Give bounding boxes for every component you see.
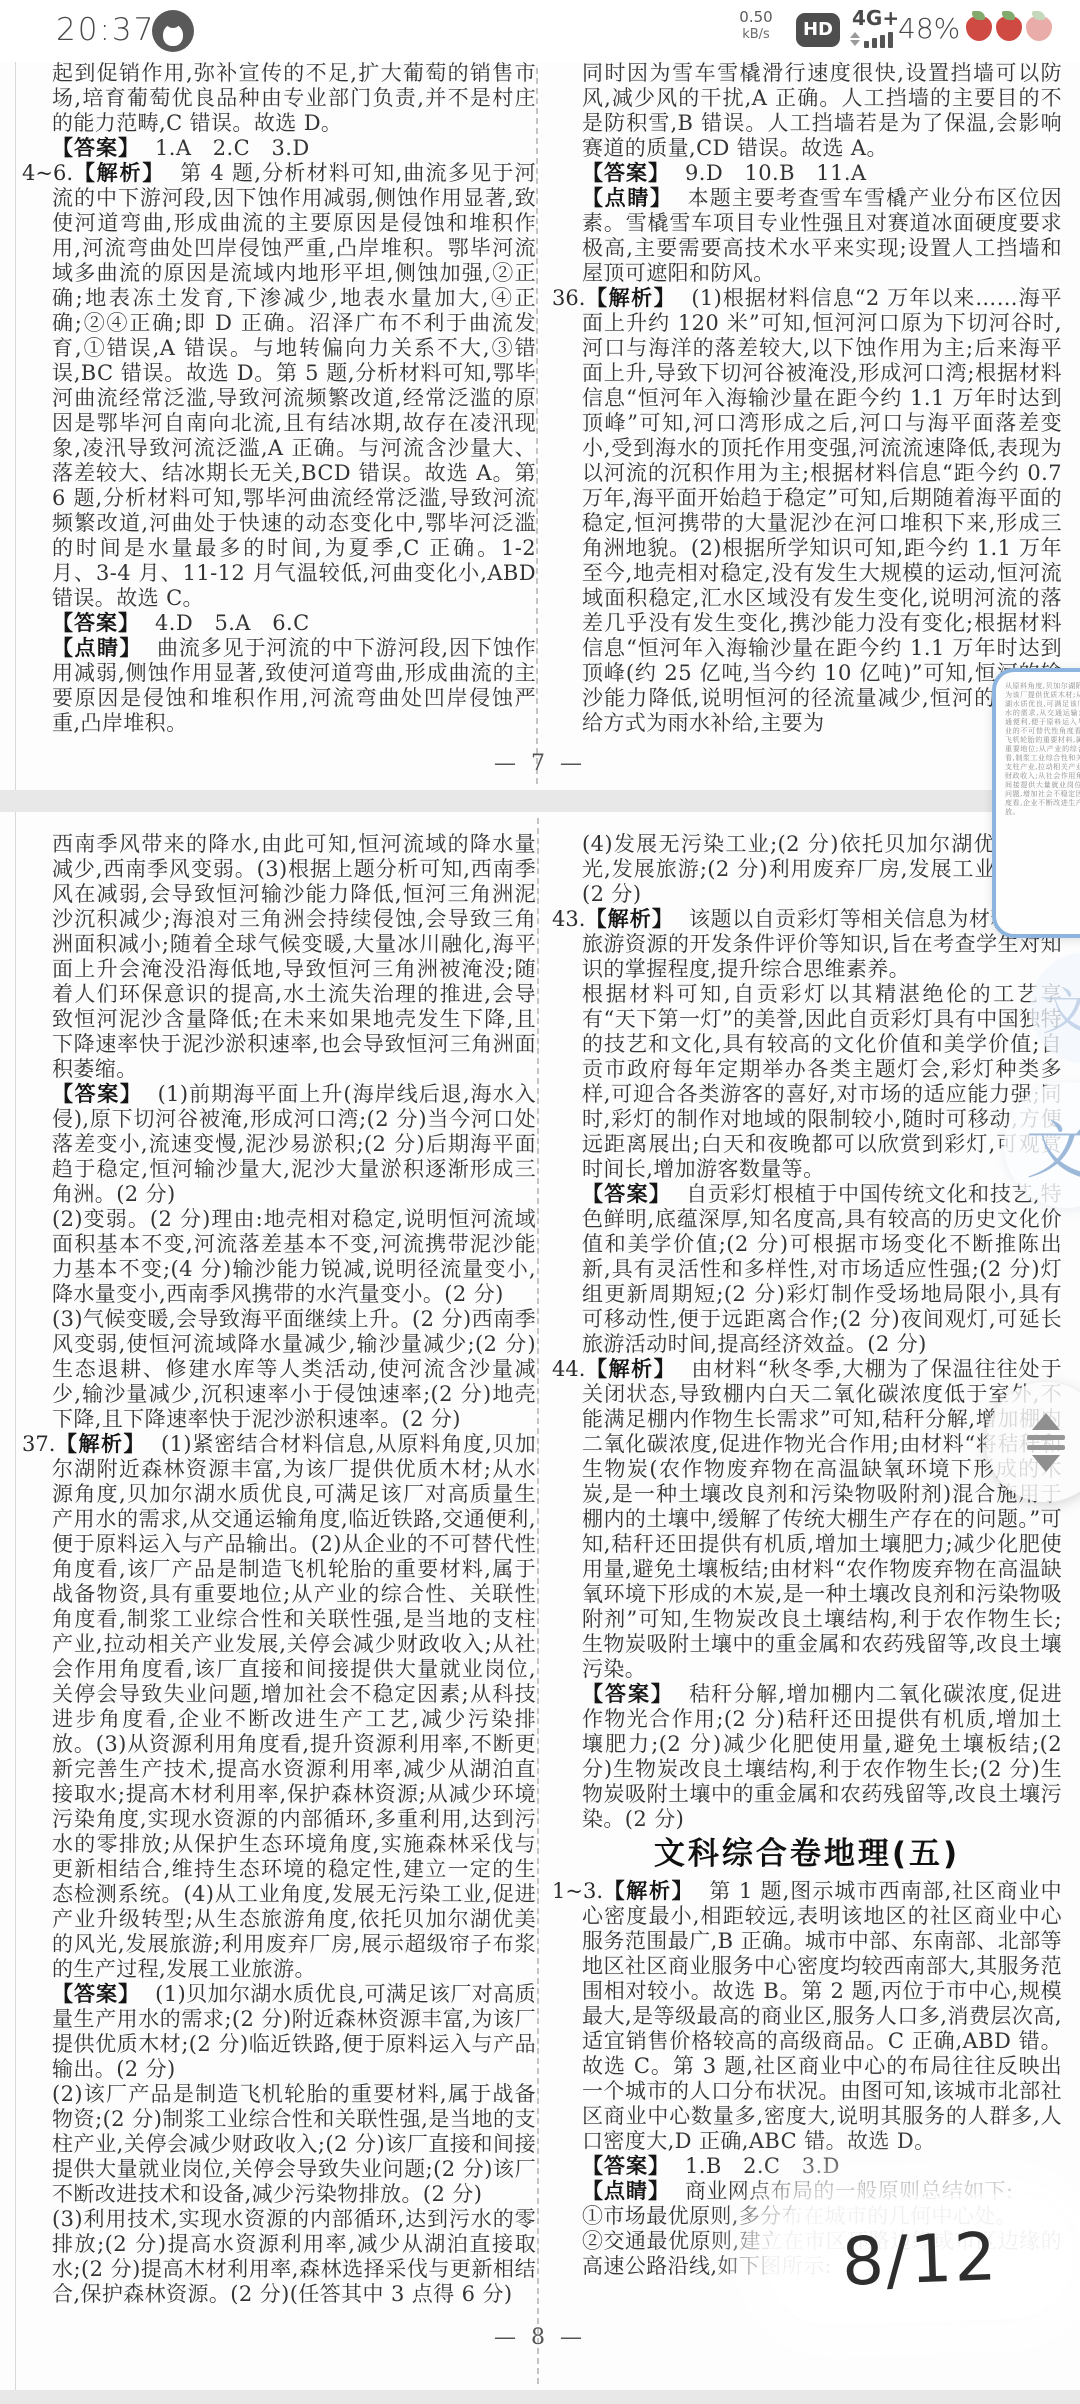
menu-bar-icon	[1027, 1445, 1065, 1450]
page-left-cut-line	[15, 62, 16, 790]
strawberry-icon	[996, 16, 1022, 41]
network-speed-value: 0.50	[726, 9, 786, 26]
text-content: (2)变弱。(2 分)理由:地壳相对稳定,说明恒河流域面积基本不变,河流落差基本…	[52, 1207, 536, 1306]
page-indicator-bubble: 8/12	[764, 2191, 1076, 2328]
answer-label: 【点睛】	[582, 2179, 670, 2203]
battery-percent: 48%	[898, 12, 960, 45]
answer-label: 【解析】	[585, 286, 676, 310]
network-type-label: 4G+	[852, 6, 899, 30]
answer-label: 【答案】	[582, 2154, 670, 2178]
bottom-gap	[0, 2390, 1080, 2404]
network-speed-unit: kB/s	[726, 26, 786, 43]
answer-label: 【答案】	[52, 1082, 143, 1106]
strawberry-icon-dim	[1026, 16, 1052, 41]
text-content: 1.B 2.C 3.D	[685, 2154, 840, 2178]
paragraph: (2)变弱。(2 分)理由:地壳相对稳定,说明恒河流域面积基本不变,河流落差基本…	[22, 1207, 536, 1307]
answer-label: 【答案】	[582, 161, 670, 185]
numbered-item-paragraph: 36.【解析】(1)根据材料信息“2 万年以来……海平面上升约 120 米”可知…	[552, 286, 1062, 736]
column-divider-dashed	[537, 818, 539, 2384]
document-page-8: 西南季风带来的降水,由此可知,恒河流域的降水量减少,西南季风变弱。(3)根据上题…	[0, 812, 1080, 2390]
item-number: 4~6.	[22, 161, 73, 185]
text-content: (3)利用技术,实现水资源的内部循环,达到污水的零排放;(2 分)提高水资源利用…	[52, 2207, 536, 2306]
paragraph: 【点睛】本题主要考查雪车雪橇产业分布区位因素。雪橇雪车项目专业性强且对赛道冰面硬…	[552, 186, 1062, 286]
arrow-down-icon	[1032, 1455, 1060, 1472]
text-content: (1)根据材料信息“2 万年以来……海平面上升约 120 米”可知,恒河河口原为…	[582, 286, 1062, 735]
answer-label: 【点睛】	[52, 636, 142, 660]
answer-label: 【答案】	[52, 136, 140, 160]
section-heading: 文科综合卷地理(五)	[552, 1832, 1062, 1879]
text-content: 由材料“秋冬季,大棚为了保温往往处于关闭状态,导致棚内白天二氧化碳浓度低于室外,…	[582, 1357, 1062, 1681]
column-divider-dashed	[536, 68, 538, 784]
text-content: (4)发展无污染工业;(2 分)依托贝加尔湖优美的风光,发展旅游;(2 分)利用…	[582, 832, 1062, 906]
page-number: — 7 —	[0, 751, 1080, 776]
paragraph: (3)利用技术,实现水资源的内部循环,达到污水的零排放;(2 分)提高水资源利用…	[22, 2207, 536, 2307]
text-content: 文科综合卷地理(五)	[654, 1836, 960, 1872]
answer-label: 【解析】	[585, 907, 674, 931]
answer-label: 【答案】	[582, 1682, 674, 1706]
document-page-7: 起到促销作用,弥补宣传的不足,扩大葡萄的销售市场,培育葡萄优良品种由专业部门负责…	[0, 62, 1080, 790]
qq-app-icon	[152, 10, 194, 52]
page8-right-column: (4)发展无污染工业;(2 分)依托贝加尔湖优美的风光,发展旅游;(2 分)利用…	[552, 832, 1062, 2279]
answer-label: 【答案】	[52, 611, 140, 635]
paragraph: 【答案】(1)贝加尔湖水质优良,可满足该厂对高质量生产用水的需求;(2 分)附近…	[22, 1982, 536, 2082]
page7-left-column: 起到促销作用,弥补宣传的不足,扩大葡萄的销售市场,培育葡萄优良品种由专业部门负责…	[22, 74, 536, 736]
answer-label: 【解析】	[603, 1879, 694, 1903]
answer-label: 【解析】	[73, 161, 165, 185]
paragraph: 【答案】1.A 2.C 3.D	[22, 136, 536, 161]
item-number: 37.	[22, 1432, 55, 1456]
paragraph: (4)发展无污染工业;(2 分)依托贝加尔湖优美的风光,发展旅游;(2 分)利用…	[552, 832, 1062, 907]
text-content: 同时因为雪车雪橇滑行速度很快,设置挡墙可以防风,减少风的干扰,A 正确。人工挡墙…	[582, 62, 1062, 160]
item-number: 1~3.	[552, 1879, 603, 1903]
paragraph: 西南季风带来的降水,由此可知,恒河流域的降水量减少,西南季风变弱。(3)根据上题…	[22, 832, 536, 1082]
numbered-item-paragraph: 37.【解析】(1)紧密结合材料信息,从原料角度,贝加尔湖附近森林资源丰富,为该…	[22, 1432, 536, 1982]
answer-label: 【解析】	[585, 1357, 676, 1381]
data-arrows-icon	[850, 32, 860, 46]
battery-strawberry-icons	[962, 16, 1052, 41]
text-content: 1.A 2.C 3.D	[155, 136, 310, 160]
paragraph: 【答案】(1)前期海平面上升(海岸线后退,海水入侵),原下切河谷被淹,形成河口湾…	[22, 1082, 536, 1207]
item-number: 36.	[552, 286, 585, 310]
item-number: 44.	[552, 1357, 585, 1381]
paragraph: 【答案】9.D 10.B 11.A	[552, 161, 1062, 186]
text-content: 根据材料可知,自贡彩灯以其精湛绝伦的工艺享有“天下第一灯”的美誉,因此自贡彩灯具…	[582, 982, 1062, 1181]
paragraph: 【点睛】曲流多见于河流的中下游河段,因下蚀作用减弱,侧蚀作用显著,致使河道弯曲,…	[22, 636, 536, 736]
item-number: 43.	[552, 907, 585, 931]
page-left-cut-line	[15, 812, 16, 2390]
text-content: 4.D 5.A 6.C	[155, 611, 310, 635]
numbered-item-paragraph: 1~3.【解析】第 1 题,图示城市西南部,社区商业中心密度最小,相距较远,表明…	[552, 1879, 1062, 2154]
menu-bar-icon	[1027, 1435, 1065, 1440]
paragraph: 起到促销作用,弥补宣传的不足,扩大葡萄的销售市场,培育葡萄优良品种由专业部门负责…	[22, 62, 536, 136]
answer-label: 【答案】	[582, 1182, 671, 1206]
text-content: 自贡彩灯根植于中国传统文化和技艺,特色鲜明,底蕴深厚,知名度高,具有较高的历史文…	[582, 1182, 1062, 1356]
text-content: (2)该厂产品是制造飞机轮胎的重要材料,属于战备物资;(2 分)制浆工业综合性和…	[52, 2082, 536, 2206]
paragraph: 【答案】自贡彩灯根植于中国传统文化和技艺,特色鲜明,底蕴深厚,知名度高,具有较高…	[552, 1182, 1062, 1357]
text-content: (3)气候变暖,会导致海平面继续上升。(2 分)西南季风变弱,使恒河流域降水量减…	[52, 1307, 536, 1431]
answer-label: 【解析】	[55, 1432, 146, 1456]
page7-right-column: 同时因为雪车雪橇滑行速度很快,设置挡墙可以防风,减少风的干扰,A 正确。人工挡墙…	[552, 74, 1062, 736]
answer-label: 【点睛】	[582, 186, 673, 210]
numbered-item-paragraph: 4~6.【解析】第 4 题,分析材料可知,曲流多见于河流的中下游河段,因下蚀作用…	[22, 161, 536, 611]
scroll-preview-thumbnail[interactable]: 从原料角度,贝加尔湖附近森林资源丰富,为该厂提供优质木材;从水源角度,贝加尔湖水…	[992, 668, 1080, 938]
network-speed: 0.50 kB/s	[726, 9, 786, 43]
text-content: (1)紧密结合材料信息,从原料角度,贝加尔湖附近森林资源丰富,为该厂提供优质木材…	[52, 1432, 536, 1981]
paragraph: 【答案】4.D 5.A 6.C	[22, 611, 536, 636]
status-bar: 20:37 0.50 kB/s HD 4G+ 48%	[0, 0, 1080, 62]
hd-voice-icon: HD	[796, 13, 840, 47]
text-content: 第 4 题,分析材料可知,曲流多见于河流的中下游河段,因下蚀作用减弱,侧蚀作用显…	[52, 161, 536, 610]
text-content: 第 1 题,图示城市西南部,社区商业中心密度最小,相距较远,表明该地区的社区商业…	[582, 1879, 1062, 2153]
answer-label: 【答案】	[52, 1982, 140, 2006]
signal-strength-icon	[864, 32, 893, 48]
paragraph: 【答案】秸秆分解,增加棚内二氧化碳浓度,促进作物光合作用;(2 分)秸秆还田提供…	[552, 1682, 1062, 1832]
text-content: 起到促销作用,弥补宣传的不足,扩大葡萄的销售市场,培育葡萄优良品种由专业部门负责…	[52, 62, 536, 135]
paragraph: 同时因为雪车雪橇滑行速度很快,设置挡墙可以防风,减少风的干扰,A 正确。人工挡墙…	[552, 62, 1062, 161]
page8-left-column: 西南季风带来的降水,由此可知,恒河流域的降水量减少,西南季风变弱。(3)根据上题…	[22, 832, 536, 2307]
arrow-up-icon	[1032, 1413, 1060, 1430]
strawberry-icon	[966, 16, 992, 41]
paragraph: (2)该厂产品是制造飞机轮胎的重要材料,属于战备物资;(2 分)制浆工业综合性和…	[22, 2082, 536, 2207]
numbered-item-paragraph: 43.【解析】该题以自贡彩灯等相关信息为材料,涉及旅游资源的开发条件评价等知识,…	[552, 907, 1062, 982]
numbered-item-paragraph: 44.【解析】由材料“秋冬季,大棚为了保温往往处于关闭状态,导致棚内白天二氧化碳…	[552, 1357, 1062, 1682]
text-content: 西南季风带来的降水,由此可知,恒河流域的降水量减少,西南季风变弱。(3)根据上题…	[52, 832, 536, 1081]
paragraph: 【答案】1.B 2.C 3.D	[552, 2154, 1062, 2179]
page-gap	[0, 790, 1080, 812]
clock: 20:37	[56, 12, 155, 48]
text-content: 9.D 10.B 11.A	[685, 161, 866, 185]
paragraph: 根据材料可知,自贡彩灯以其精湛绝伦的工艺享有“天下第一灯”的美誉,因此自贡彩灯具…	[552, 982, 1062, 1182]
page-number: — 8 —	[0, 2325, 1080, 2350]
paragraph: (3)气候变暖,会导致海平面继续上升。(2 分)西南季风变弱,使恒河流域降水量减…	[22, 1307, 536, 1432]
